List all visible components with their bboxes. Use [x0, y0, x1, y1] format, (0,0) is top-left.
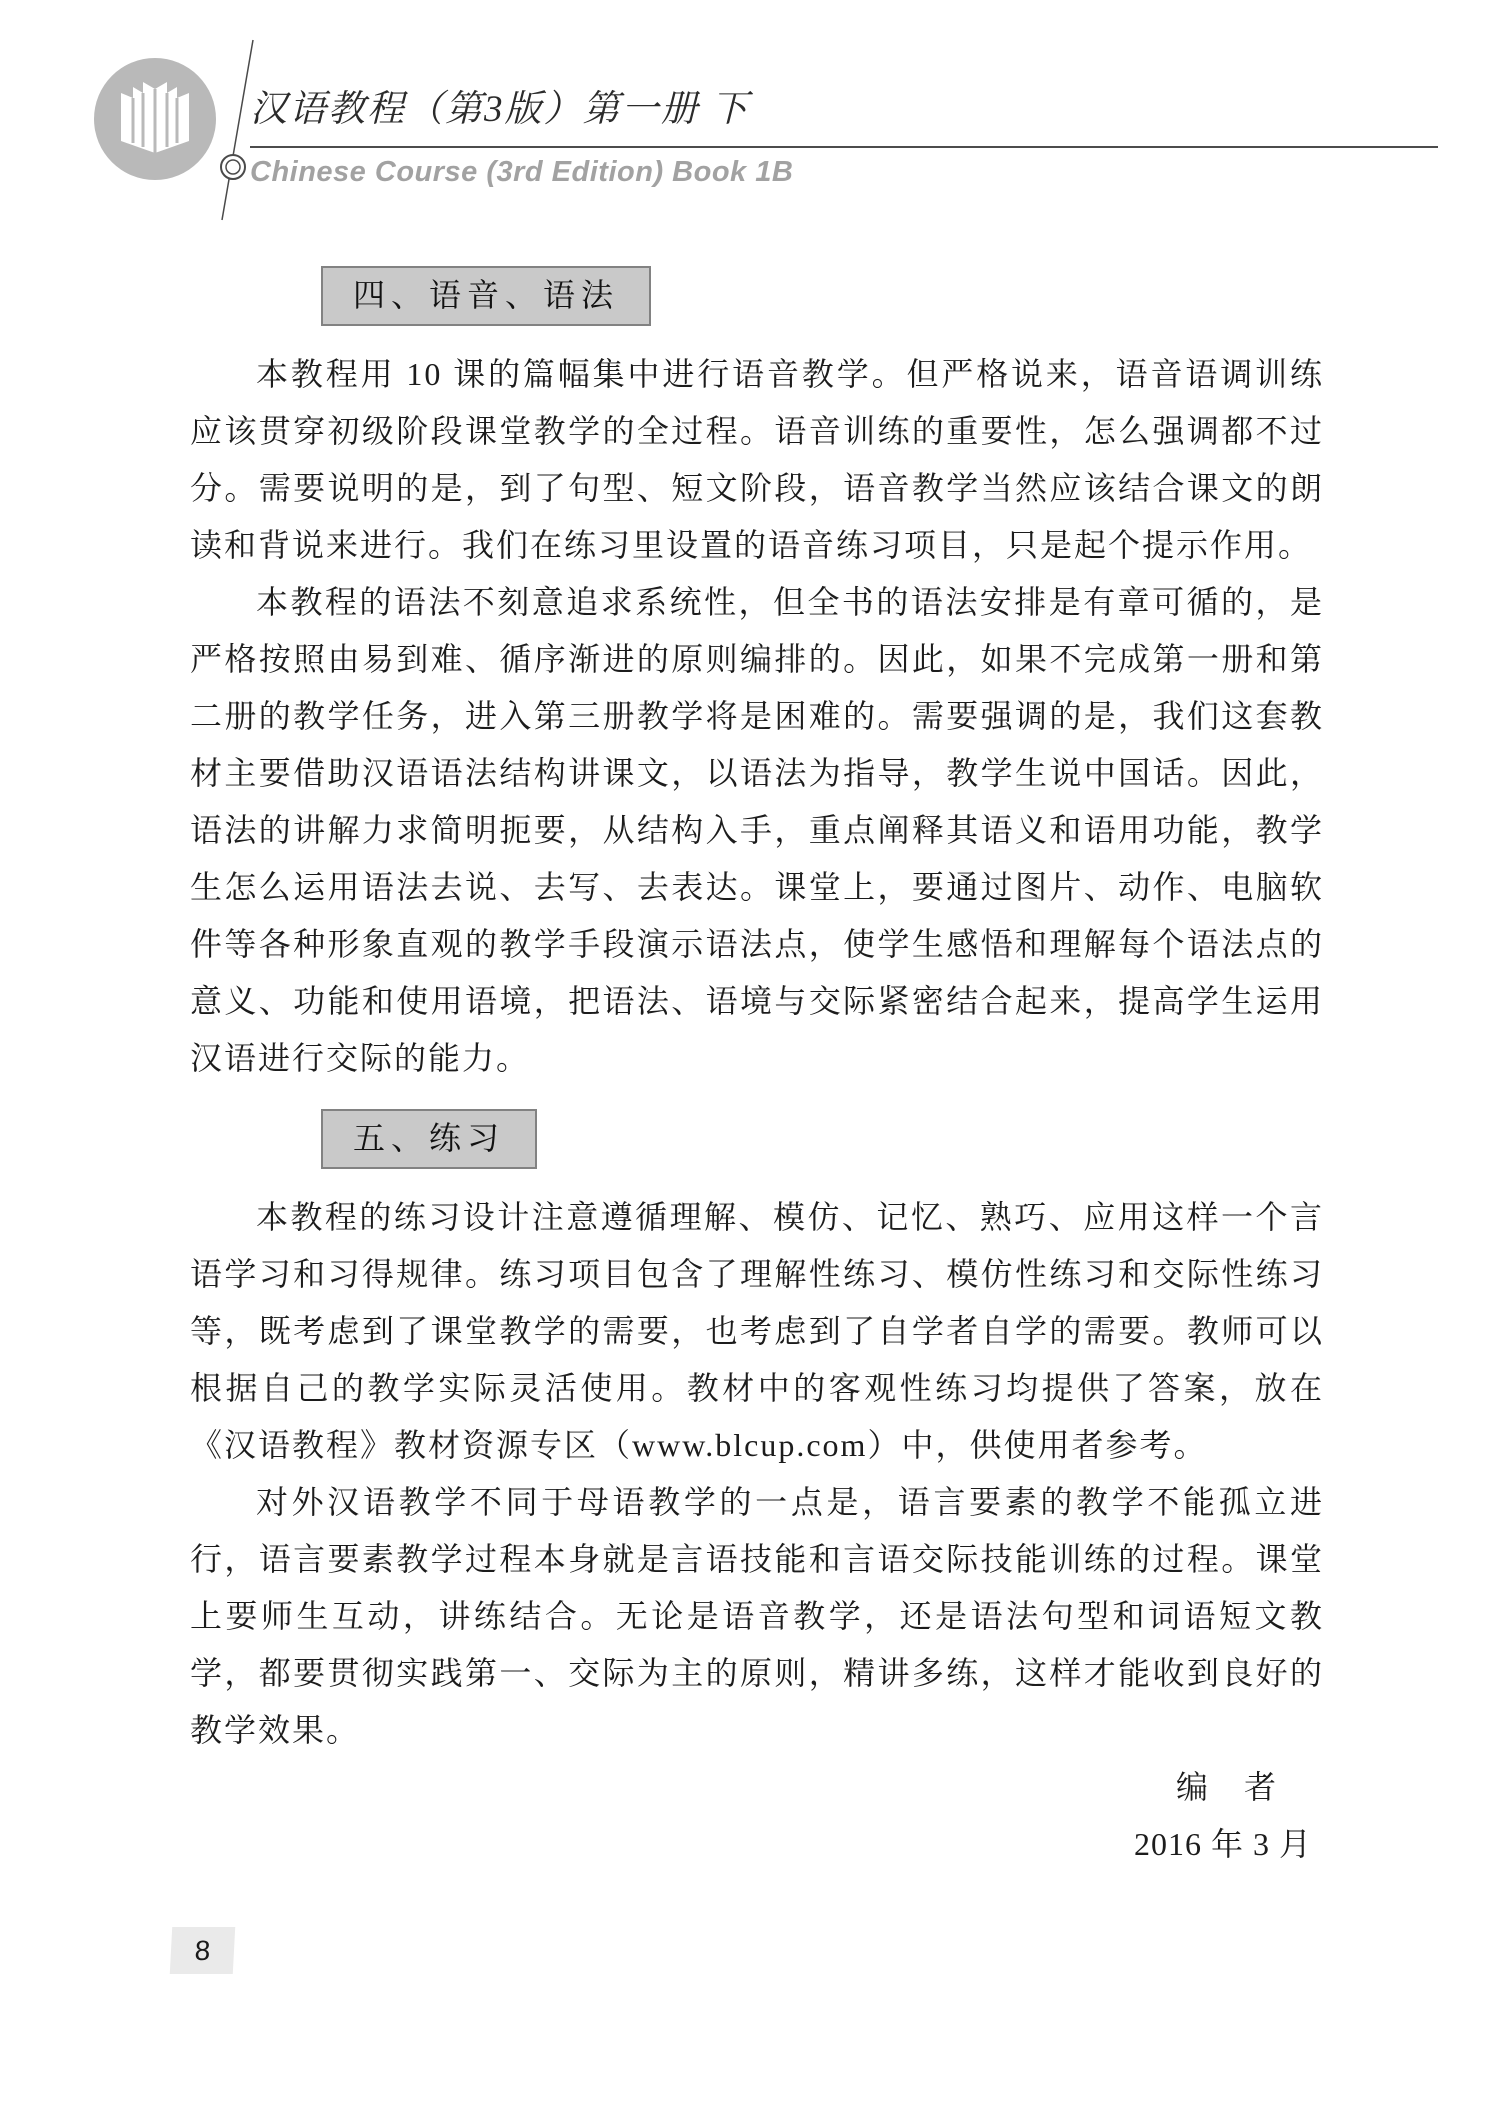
- signature-author: 编 者: [1176, 1769, 1324, 1805]
- section-heading-exercises: 五、练习: [321, 1109, 537, 1169]
- scanned-book-page: 汉语教程（第3版）第一册 下 Chinese Course (3rd Editi…: [0, 0, 1512, 2119]
- decorative-ring-icon: [221, 155, 245, 179]
- body-paragraph: 对外汉语教学不同于母语教学的一点是，语言要素的教学不能孤立进行，语言要素教学过程…: [190, 1474, 1324, 1759]
- book-title-english: Chinese Course (3rd Edition) Book 1B: [250, 156, 1440, 189]
- header-divider: [250, 146, 1438, 148]
- page-body: 四、语音、语法 本教程用 10 课的篇幅集中进行语音教学。但严格说来，语音语调训…: [190, 262, 1324, 1873]
- signature-date: 2016 年 3 月: [1134, 1826, 1324, 1862]
- page-number-badge: 8: [170, 1927, 235, 1974]
- signature-author-line: 编 者: [190, 1759, 1324, 1816]
- body-paragraph: 本教程的语法不刻意追求系统性，但全书的语法安排是有章可循的，是严格按照由易到难、…: [190, 574, 1324, 1087]
- page-header: 汉语教程（第3版）第一册 下 Chinese Course (3rd Editi…: [0, 0, 1512, 230]
- book-title-chinese: 汉语教程（第3版）第一册 下: [250, 88, 1440, 132]
- signature-date-line: 2016 年 3 月: [190, 1816, 1324, 1873]
- body-paragraph: 本教程用 10 课的篇幅集中进行语音教学。但严格说来，语音语调训练应该贯穿初级阶…: [190, 346, 1324, 574]
- header-title-block: 汉语教程（第3版）第一册 下 Chinese Course (3rd Editi…: [250, 88, 1440, 189]
- section-heading-phonetics-grammar: 四、语音、语法: [321, 266, 651, 326]
- body-paragraph: 本教程的练习设计注意遵循理解、模仿、记忆、熟巧、应用这样一个言语学习和习得规律。…: [190, 1189, 1324, 1474]
- page-number: 8: [194, 1935, 211, 1967]
